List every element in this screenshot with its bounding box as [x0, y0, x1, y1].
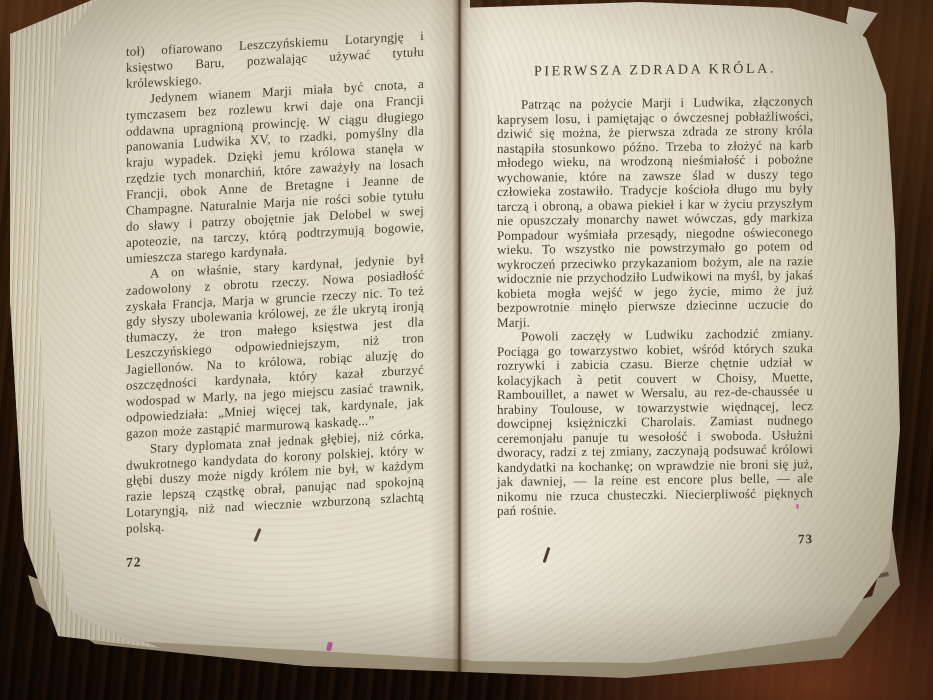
- paragraph: Stary dyplomata znał jednak głębiej, niż…: [126, 426, 424, 538]
- paragraph: Patrząc na pożycie Marji i Ludwika, złąc…: [497, 94, 813, 330]
- left-page-text: toł) ofiarowano Leszczyńskiemu Lotaryngj…: [126, 28, 424, 571]
- pink-dot: [796, 504, 799, 509]
- book-photo: toł) ofiarowano Leszczyńskiemu Lotaryngj…: [0, 0, 933, 700]
- paragraph: A on właśnie, stary kardynał, jedynie by…: [126, 251, 424, 442]
- paragraph: Powoli zaczęły w Ludwiku zachodzić zmian…: [497, 326, 813, 518]
- book-gutter-shadow: [428, 0, 492, 672]
- chapter-heading: PIERWSZA ZDRADA KRÓLA.: [497, 60, 813, 82]
- right-page-text: PIERWSZA ZDRADA KRÓLA. Patrząc na pożyci…: [497, 60, 813, 550]
- paragraph: Jedynem wianem Marji miała być cnota, a …: [126, 76, 424, 267]
